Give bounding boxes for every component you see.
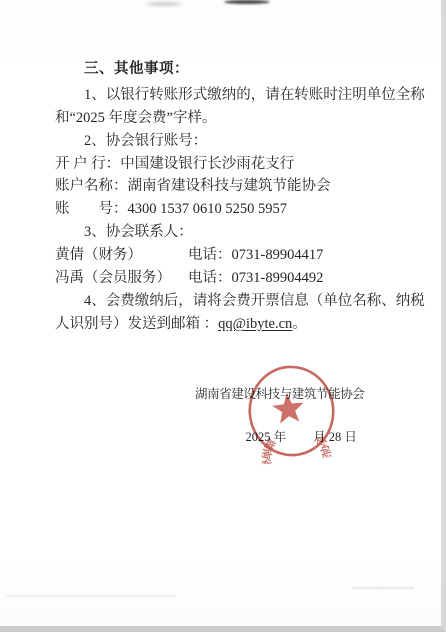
official-seal-stamp: 湖南省建设科技与建筑节能协会	[238, 356, 345, 466]
scan-noise-line-2	[6, 595, 176, 597]
item4-line1: 4、会费缴纳后，请将会费开票信息（单位名称、纳税	[55, 290, 395, 313]
contact-row-membership: 冯禹（会员服务） 电话：0731-89904492	[55, 267, 395, 290]
item1-line1: 1、以银行转账形式缴纳的，请在转账时注明单位全称	[55, 84, 395, 107]
contact-name: 冯禹（会员服务）	[55, 267, 188, 290]
section-heading: 三、其他事项：	[55, 58, 395, 81]
contact-name: 黄倩（财务）	[55, 244, 188, 267]
scan-smudge-light	[146, 2, 182, 6]
item3-heading: 3、协会联系人：	[55, 221, 395, 244]
email-suffix: 。	[292, 316, 307, 332]
seal-star-icon	[271, 391, 305, 424]
scan-smudge-dark	[224, 0, 270, 4]
bank-account-name-line: 账户名称：湖南省建设科技与建筑节能协会	[55, 175, 395, 198]
scan-noise-line	[352, 587, 414, 589]
item2-heading: 2、协会银行账号：	[55, 130, 395, 153]
contact-phone: 电话：0731-89904492	[188, 267, 323, 290]
email-prefix: 人识别号）发送到邮箱 ：	[55, 316, 218, 332]
document-body: 三、其他事项： 1、以银行转账形式缴纳的，请在转账时注明单位全称 和“2025 …	[55, 58, 395, 336]
scanned-page: 三、其他事项： 1、以银行转账形式缴纳的，请在转账时注明单位全称 和“2025 …	[0, 0, 446, 632]
bank-branch-line: 开 户 行：中国建设银行长沙雨花支行	[55, 153, 395, 176]
item1-line2: 和“2025 年度会费”字样。	[55, 107, 395, 130]
contact-row-finance: 黄倩（财务） 电话：0731-89904417	[55, 244, 395, 267]
bank-account-number-line: 账 号：4300 1537 0610 5250 5957	[55, 198, 395, 221]
item4-line2: 人识别号）发送到邮箱 ：qq@ibyte.cn。	[55, 313, 395, 336]
contact-phone: 电话：0731-89904417	[188, 244, 323, 267]
email-address: qq@ibyte.cn	[218, 316, 292, 332]
